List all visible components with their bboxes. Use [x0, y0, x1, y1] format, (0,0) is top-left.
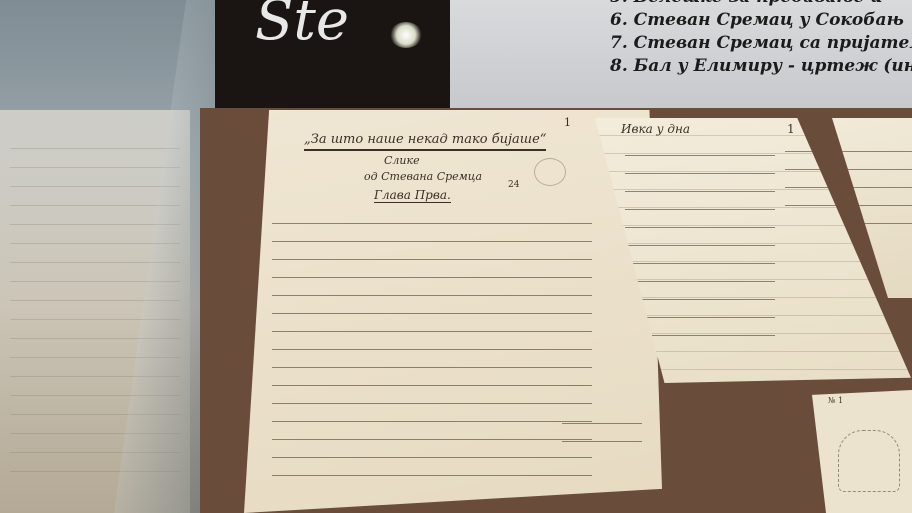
drawing-sheet: № 1	[812, 390, 912, 513]
manuscript-title: Ивка у дна	[621, 122, 690, 136]
exhibit-label-item: 7. Стеван Сремац са пријатељ	[610, 32, 912, 55]
page-number: 1	[564, 116, 571, 129]
exhibit-label-item: 8. Бал у Елимиру - цртеж (инв. б	[610, 55, 912, 78]
margin-note	[562, 410, 642, 450]
manuscript-subtitle: Слике	[384, 154, 420, 167]
exhibit-label-item: 6. Стеван Сремац у Сокобањ	[610, 9, 912, 32]
exhibit-label-item: 5. Белешке за предавање и	[610, 0, 912, 9]
lamp-reflection	[390, 22, 422, 48]
manuscript-main: 1 „За што наше некад тако бијаше“ Слике …	[244, 110, 662, 513]
sketch-figures-icon	[838, 430, 900, 492]
stamp-icon	[534, 158, 566, 186]
sheet-number: № 1	[828, 396, 843, 405]
exhibit-label-list: 5. Белешке за предавање и 6. Стеван Срем…	[610, 0, 912, 78]
chapter-heading: Глава Прва.	[374, 188, 451, 203]
manuscript-author: од Стевана Сремца	[364, 170, 482, 183]
signature-script: Ste	[255, 0, 349, 53]
page-number: 1	[787, 122, 795, 136]
margin-number: 24	[508, 180, 519, 190]
manuscript-title: „За што наше некад тако бијаше“	[304, 132, 546, 151]
exhibit-label-panel: 5. Белешке за предавање и 6. Стеван Срем…	[450, 0, 912, 108]
dark-panel: Ste	[215, 0, 450, 110]
handwritten-text	[272, 210, 592, 480]
